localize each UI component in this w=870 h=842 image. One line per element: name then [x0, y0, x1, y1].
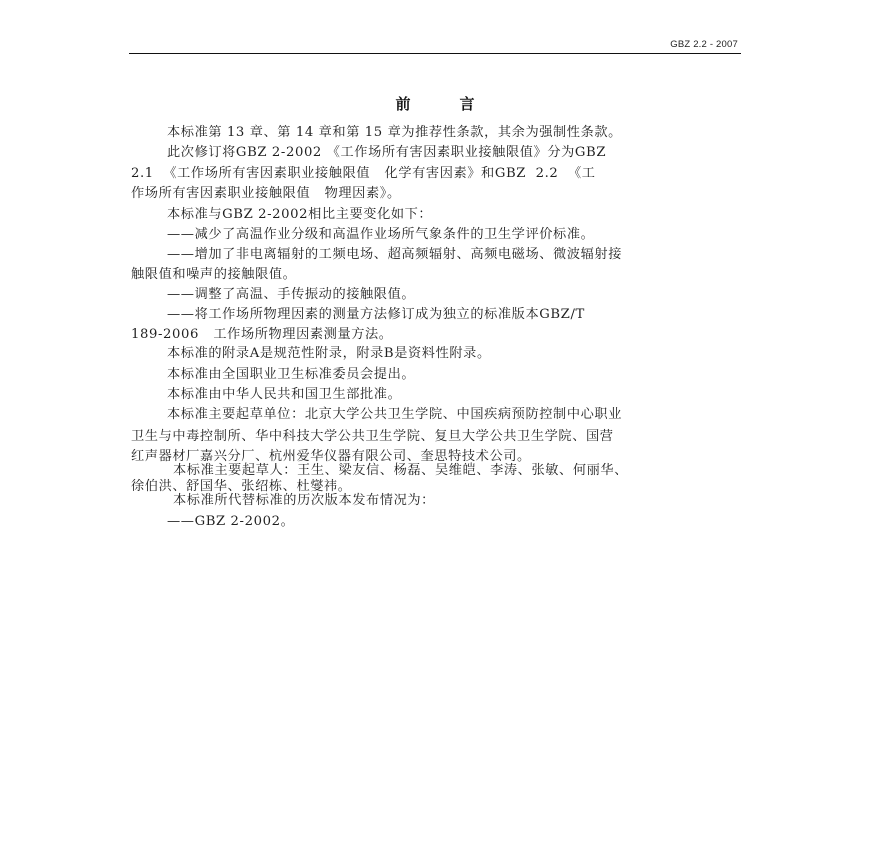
body-line: 189-2006 工作场所物理因素测量方法。 [131, 327, 393, 343]
body-line: 本标准由全国职业卫生标准委员会提出。 [167, 367, 415, 383]
foreword-body: 本标准第 13 章、第 14 章和第 15 章为推荐性条款，其余为强制性条款。此… [0, 0, 870, 842]
body-line: ——调整了高温、手传振动的接触限值。 [167, 287, 415, 303]
body-line: 卫生与中毒控制所、华中科技大学公共卫生学院、复旦大学公共卫生学院、国营 [131, 429, 614, 445]
body-line: 本标准主要起草单位：北京大学公共卫生学院、中国疾病预防控制中心职业 [167, 407, 622, 423]
body-line: ——将工作场所物理因素的测量方法修订成为独立的标准版本GBZ/T [167, 307, 585, 323]
body-line: ——增加了非电离辐射的工频电场、超高频辐射、高频电磁场、微波辐射接 [167, 247, 622, 263]
body-line: 作场所有害因素职业接触限值 物理因素》。 [131, 186, 401, 202]
body-line: 本标准所代替标准的历次版本发布情况为： [173, 493, 435, 509]
body-line: 本标准主要起草人：王生、梁友信、杨磊、吴维皑、李涛、张敏、何丽华、 [173, 463, 628, 479]
body-line: 本标准由中华人民共和国卫生部批准。 [167, 387, 401, 403]
document-page: GBZ 2.2 - 2007 前 言 本标准第 13 章、第 14 章和第 15… [0, 0, 870, 842]
body-line: ——GBZ 2-2002。 [167, 514, 294, 530]
body-line: 此次修订将GBZ 2-2002 《工作场所有害因素职业接触限值》分为GBZ [167, 145, 606, 161]
body-line: 2.1 《工作场所有害因素职业接触限值 化学有害因素》和GBZ 2.2 《工 [131, 166, 596, 182]
body-line: 本标准第 13 章、第 14 章和第 15 章为推荐性条款，其余为强制性条款。 [167, 125, 622, 141]
body-line: ——减少了高温作业分级和高温作业场所气象条件的卫生学评价标准。 [167, 227, 594, 243]
body-line: 触限值和噪声的接触限值。 [131, 267, 296, 283]
body-line: 本标准与GBZ 2-2002相比主要变化如下： [167, 207, 432, 223]
body-line: 本标准的附录A是规范性附录，附录B是资料性附录。 [167, 346, 491, 362]
